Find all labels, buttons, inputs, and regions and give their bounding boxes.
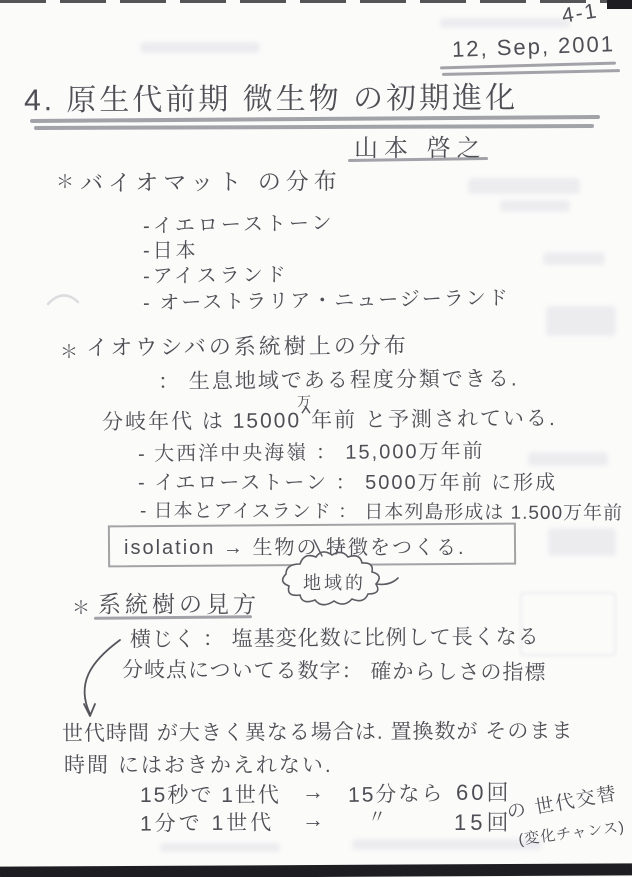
- bleed-through: [543, 252, 605, 265]
- scan-edge-top: [0, 0, 632, 3]
- biomat-section-marker: ＊: [56, 168, 74, 194]
- sulfur-section-marker: ＊: [60, 338, 78, 364]
- sulfur-item: - イエローストーン ： 5000万年前 に形成: [138, 466, 557, 495]
- branch-age-post: 年前 と予測されている.: [311, 407, 557, 432]
- sulfur-subnote: ： 生息地域である程度分類できる.: [158, 362, 519, 395]
- bleed-through: [440, 18, 570, 28]
- sulfur-section-heading: イオウシバの系統樹上の分布: [86, 329, 409, 362]
- gen-side-note-sub: (変化チャンス): [517, 816, 626, 850]
- tree-section-heading: 系統樹の見方: [98, 586, 260, 619]
- date: 12, Sep, 2001: [452, 31, 616, 63]
- sulfur-branch-age-line: 分岐年代 は 15000万年前 と予測されている.: [102, 402, 557, 436]
- tree-note-line: 分岐点についてる数字： 確からしさの指標: [122, 654, 547, 687]
- bleed-through: [500, 200, 570, 212]
- bleed-through: [352, 839, 542, 850]
- gen-row-left: 15秒で 1世代: [140, 779, 281, 809]
- tree-heading-underline: [94, 615, 252, 620]
- title-underline-2: [34, 124, 594, 130]
- biomat-section-heading: バイオマット の分布: [80, 163, 342, 198]
- tree-section-marker: ＊: [72, 594, 90, 620]
- sulfur-item: - 大西洋中央海嶺 ： 15,000万年前: [138, 434, 485, 466]
- page-corner-label: 4-1: [560, 0, 600, 29]
- curved-arrow: [68, 632, 138, 727]
- bleed-through: [528, 452, 608, 466]
- gen-row-count: 60回: [456, 776, 511, 807]
- generation-note-line2: 時間 にはおきかえれない.: [64, 749, 333, 779]
- inserted-character: 万: [301, 409, 311, 433]
- bleed-through: [468, 178, 580, 194]
- page-title: 4. 原生代前期 微生物 の初期進化: [24, 73, 518, 120]
- bleed-through: [140, 42, 260, 53]
- tree-note-line: 横じく ： 塩基変化数に比例して長くなる: [130, 621, 540, 654]
- gen-row-arrow: →: [302, 807, 324, 833]
- bleed-through: [548, 528, 616, 556]
- bleed-through: [546, 306, 616, 336]
- gen-row-count: 15回: [454, 806, 512, 837]
- date-underline: [440, 62, 616, 70]
- scan-edge-corner-block: [607, 0, 632, 9]
- bleed-through: [160, 843, 280, 852]
- gen-row-cond: 〃: [368, 803, 386, 829]
- branch-age-pre: 分岐年代 は 15000: [102, 409, 301, 434]
- scan-edge-bottom: [0, 863, 632, 877]
- gen-row-left: 1分で 1世代: [140, 806, 274, 837]
- biomat-item: - オーストラリア・ニュージーランド: [143, 281, 510, 315]
- generation-note-line1: 世代時間 が大きく異なる場合は. 置換数が そのまま: [62, 715, 573, 748]
- fold-chevron-mark: [46, 288, 80, 308]
- gen-row-arrow: →: [302, 779, 324, 805]
- insert-caret-mark: [301, 406, 311, 414]
- scanned-note-page: 4-1 12, Sep, 2001 4. 原生代前期 微生物 の初期進化 山本 …: [0, 0, 632, 877]
- gen-row-cond: 15分なら: [348, 777, 445, 809]
- sulfur-item: - 日本とアイスランド ： 日本列島形成は 1.500万年前: [140, 496, 623, 526]
- cloud-label: 地域的: [303, 569, 366, 595]
